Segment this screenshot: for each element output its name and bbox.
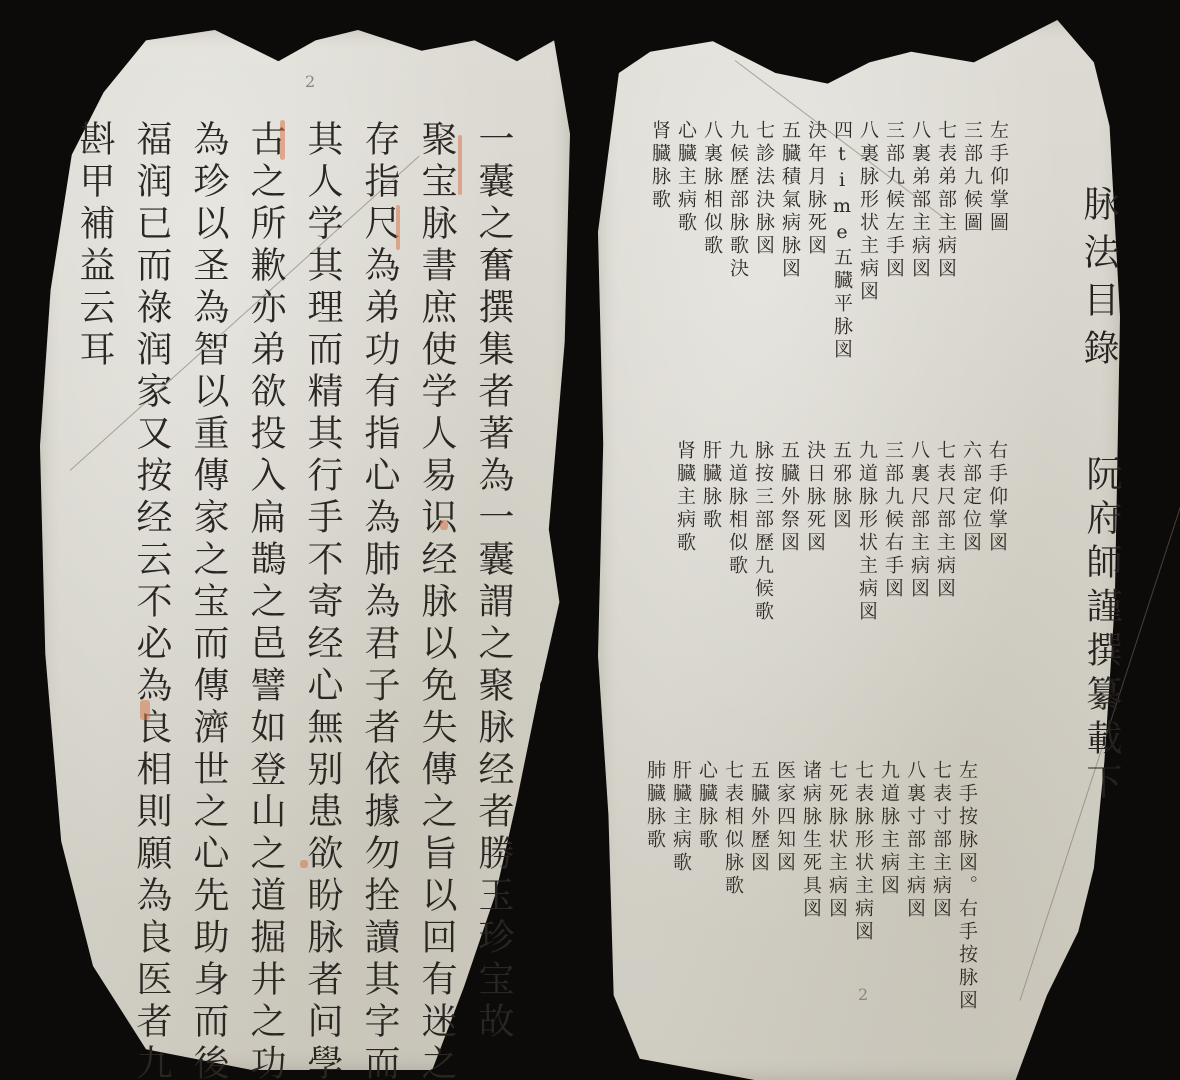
toc-item: 肝臓脉歌: [696, 440, 722, 624]
table-of-contents-bottom: 左手按脉図。右手按脉図 七表寸部主病図 八裏寸部主病図 九道脉主病図 七表脉形状…: [640, 760, 978, 1013]
toc-item: 七診法決脉図: [749, 120, 775, 362]
table-of-contents-top: 左手仰掌圖 三部九候圖 七表弟部主病図 八裏弟部主病図 三部九候左手図 八裏脉形…: [645, 120, 1009, 362]
text-column: 斟甲補益云耳: [55, 120, 112, 1050]
text-column: 存指尺為弟功有指心為肺為君子者依據勿拴讀其字而明: [340, 120, 397, 1050]
toc-item: 肺臓脉歌: [640, 760, 666, 1013]
red-annotation-mark: [300, 860, 308, 868]
toc-item: 六部定位図: [956, 440, 982, 624]
toc-item: 左手仰掌圖: [983, 120, 1009, 362]
toc-item: 五臓積氣病脉図: [775, 120, 801, 362]
toc-item: 左手按脉図。右手按脉図: [952, 760, 978, 1013]
toc-item: 九道脉形状主病図: [852, 440, 878, 624]
toc-item: 五臓外祭図: [774, 440, 800, 624]
red-annotation-mark: [440, 520, 448, 530]
toc-item: 九道脉主病図: [874, 760, 900, 1013]
text-column: 一囊之奮撰集者著為一囊謂之聚脉经者勝玉珍宝故: [454, 120, 511, 1050]
toc-item: 決年月脉死図: [801, 120, 827, 362]
toc-item: 七表脉形状主病図: [848, 760, 874, 1013]
toc-item: 八裏寸部主病図: [900, 760, 926, 1013]
toc-item: 七表寸部主病図: [926, 760, 952, 1013]
table-of-contents-middle: 右手仰掌図 六部定位図 七表尺部主病図 八裏尺部主病図 三部九候右手図 九道脉形…: [670, 440, 1008, 624]
toc-item: 三部九候圖: [957, 120, 983, 362]
red-annotation-mark: [396, 205, 400, 250]
left-page-number: 2: [305, 72, 315, 91]
left-leaf-text-columns: 一囊之奮撰集者著為一囊謂之聚脉经者勝玉珍宝故 聚宝脉書庶使学人易识经脉以免失傳之…: [55, 120, 511, 1050]
damage-hole: [540, 675, 566, 697]
toc-item: 八裏弟部主病図: [905, 120, 931, 362]
text-column: 聚宝脉書庶使学人易识经脉以免失傳之旨以回有迷之心故: [397, 120, 454, 1050]
toc-item: 肾臓主病歌: [670, 440, 696, 624]
toc-item: 心臓主病歌: [671, 120, 697, 362]
toc-item: 八裏脉形状主病図: [853, 120, 879, 362]
toc-item: 右手仰掌図: [982, 440, 1008, 624]
toc-item: 心臓脉歌: [692, 760, 718, 1013]
toc-item: 脉按三部歷九候歌: [748, 440, 774, 624]
toc-item: 肾臓脉歌: [645, 120, 671, 362]
toc-item: 五臓外歷図: [744, 760, 770, 1013]
text-column: 古之所歉亦弟欲投入扁鵲之邑譬如登山之道掘井之功以卷: [226, 120, 283, 1050]
toc-item: 九道脉相似歌: [722, 440, 748, 624]
red-annotation-mark: [280, 120, 285, 160]
text-column: 其人学其理而精其行手不寄经心無别患欲盼脉者问學隙: [283, 120, 340, 1050]
toc-item: 诸病脉生死具図: [796, 760, 822, 1013]
toc-item: 七死脉状主病図: [822, 760, 848, 1013]
toc-item: 八裏尺部主病図: [904, 440, 930, 624]
toc-item: 八裏脉相似歌: [697, 120, 723, 362]
toc-item: 五邪脉図: [826, 440, 852, 624]
toc-item: 七表弟部主病図: [931, 120, 957, 362]
toc-item: 七表相似脉歌: [718, 760, 744, 1013]
toc-item: 肝臓主病歌: [666, 760, 692, 1013]
toc-item: 三部九候右手図: [878, 440, 904, 624]
toc-item: 医家四知図: [770, 760, 796, 1013]
document-title: 脉法目錄: [1080, 185, 1116, 377]
red-annotation-mark: [140, 700, 150, 720]
toc-item: 三部九候左手図: [879, 120, 905, 362]
toc-item: 四time五臓平脉図: [827, 120, 853, 362]
toc-item: 決日脉死図: [800, 440, 826, 624]
red-annotation-mark: [458, 135, 462, 195]
toc-item: 七表尺部主病図: [930, 440, 956, 624]
toc-item: 九候歷部脉歌決: [723, 120, 749, 362]
author-line: 阮府師謹撰纂載下: [1083, 455, 1119, 807]
text-column: 為珍以圣為智以重傳家之宝而傳濟世之心先助身而後助世: [169, 120, 226, 1050]
text-column: 福润已而祿润家又按经云不必為良相則願為良医者九流: [112, 120, 169, 1050]
